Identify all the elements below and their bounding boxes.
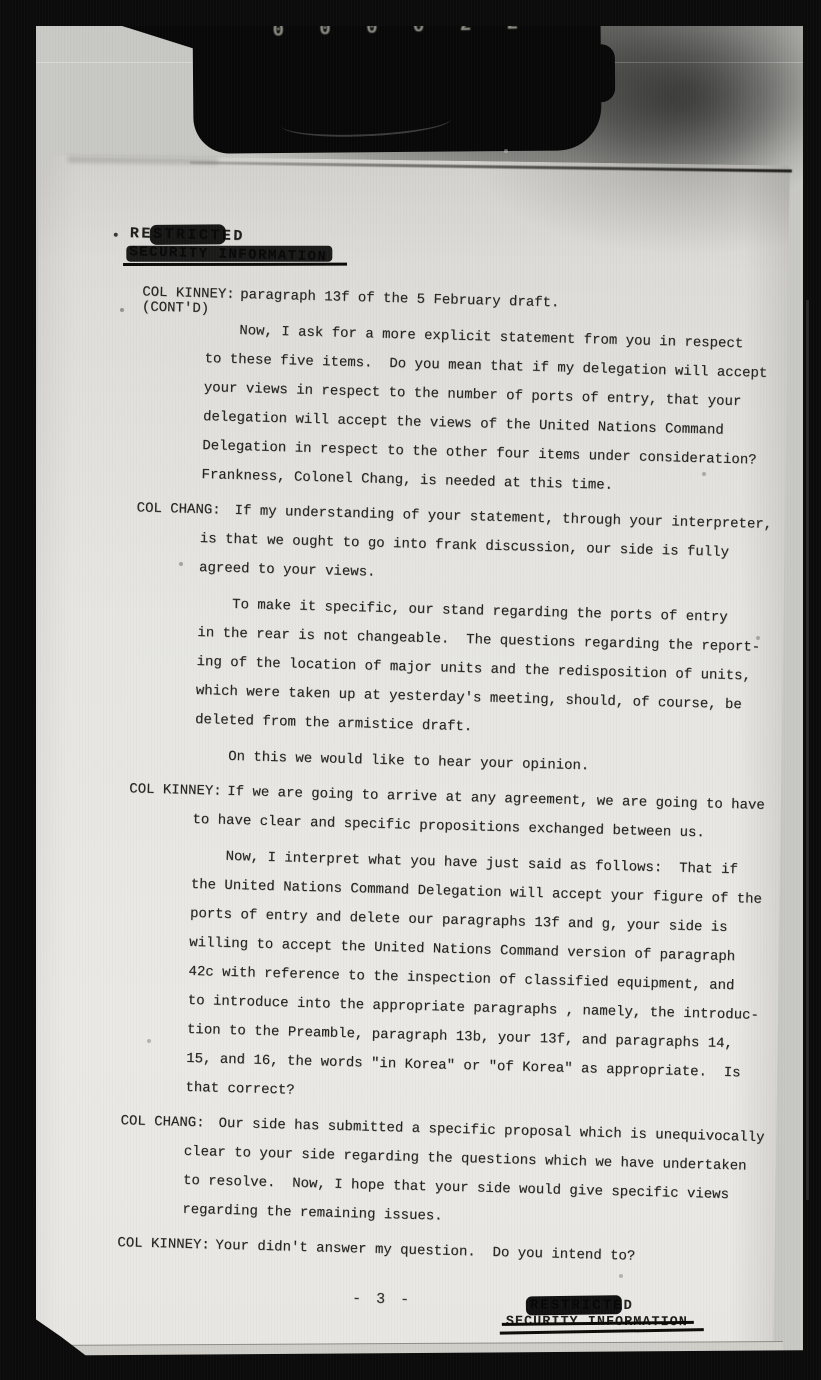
paragraph: If we are going to arrive at any agreeme…	[192, 777, 779, 850]
paragraph: Our side has submitted a specific propos…	[182, 1109, 771, 1240]
paragraph: Now, I interpret what you have just said…	[185, 842, 778, 1118]
speaker-name: COL KINNEY:	[117, 1236, 210, 1253]
film-border-left	[0, 0, 36, 1380]
dialogue-turn: COL KINNEY:(CONT'D)paragraph 13f of the …	[137, 278, 792, 505]
typed-content: RESTRICTED SECURITY INFORMATION COL KINN…	[77, 224, 794, 1275]
dialogue-turn: COL CHANG:If my understanding of your st…	[130, 494, 787, 786]
speaker-name: COL CHANG:	[136, 501, 220, 518]
strike-underline	[123, 263, 347, 266]
classification-stamp-bottom: RESTRICTED SECURITY INFORMATION	[506, 1296, 688, 1331]
dialogue-text: If we are going to arrive at any agreeme…	[185, 777, 779, 1118]
film-border-top	[0, 0, 821, 26]
dust-specks	[0, 0, 2, 2]
redaction-bar	[526, 1295, 622, 1315]
microfilm-frame: 0 0 0 0 2 2 RESTRICTED SECURITY INFORMAT…	[0, 0, 821, 1380]
device-knob	[585, 44, 616, 102]
dialogue-text: Our side has submitted a specific propos…	[182, 1109, 771, 1240]
paragraph: If my understanding of your statement, t…	[199, 496, 787, 598]
page-number: - 3 -	[352, 1290, 412, 1308]
transcript: COL KINNEY:(CONT'D)paragraph 13f of the …	[117, 278, 792, 1275]
device-highlight	[281, 105, 452, 140]
film-edge-glint	[806, 300, 809, 1200]
paragraph: Now, I ask for a more explicit statement…	[201, 316, 791, 505]
ink-speck	[114, 233, 118, 237]
speaker-label: COL CHANG:	[120, 1114, 204, 1131]
dialogue-text: paragraph 13f of the 5 February draft.No…	[201, 280, 792, 505]
document-page: RESTRICTED SECURITY INFORMATION COL KINN…	[23, 155, 790, 1361]
security-info-stamp: SECURITY INFORMATION	[506, 1315, 688, 1331]
speaker-continued: (CONT'D)	[142, 300, 235, 317]
redaction-bar	[126, 246, 332, 262]
dialogue-text: If my understanding of your statement, t…	[194, 496, 787, 786]
speaker-name: COL CHANG:	[120, 1114, 204, 1131]
film-border-bottom	[0, 1350, 821, 1380]
speaker-label: COL KINNEY:	[129, 782, 222, 799]
security-info-stamp: SECURITY INFORMATION	[129, 244, 793, 277]
speaker-name: COL KINNEY:	[129, 782, 222, 799]
redaction-bar	[149, 224, 225, 245]
speaker-label: COL CHANG:	[136, 501, 220, 518]
speaker-label: COL KINNEY:(CONT'D)	[142, 285, 235, 317]
speaker-label: COL KINNEY:	[117, 1236, 210, 1253]
dialogue-turn: COL CHANG:Our side has submitted a speci…	[118, 1107, 771, 1240]
paragraph: To make it specific, our stand regarding…	[195, 590, 785, 750]
restricted-stamp: RESTRICTED	[130, 225, 245, 245]
security-info-wrap: SECURITY INFORMATION	[129, 244, 327, 265]
restricted-stamp: RESTRICTED	[530, 1298, 634, 1314]
dialogue-turn: COL KINNEY:If we are going to arrive at …	[121, 775, 779, 1118]
